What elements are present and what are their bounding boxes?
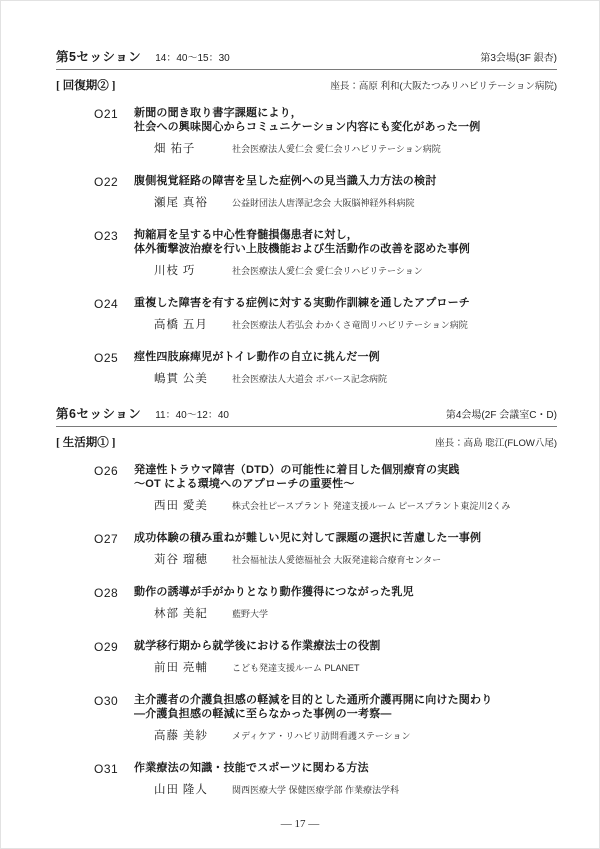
presentation-number: O28 xyxy=(94,585,134,621)
program-page: 第5セッション 14：40～15：30 第3会場(3F 銀杏) [ 回復期② ]… xyxy=(0,0,600,849)
presentation-title: 発達性トラウマ障害（DTD）の可能性に着目した個別療育の実践 ～OT による環境… xyxy=(134,463,557,491)
presenter-affiliation: こども発達支援ルーム PLANET xyxy=(232,661,360,674)
session-6-subheader: [ 生活期① ] 座長：高島 聡江(FLOW八尾) xyxy=(56,434,557,450)
presentation-item: O28 動作の誘導が手がかりとなり動作獲得につながった乳児 林部 美紀 藍野大学 xyxy=(94,585,557,621)
presenter-name: 西田 愛美 xyxy=(154,497,228,513)
presenter-name: 山田 隆人 xyxy=(154,781,228,797)
presentation-title: 成功体験の積み重ねが難しい児に対して課題の選択に苦慮した一事例 xyxy=(134,531,557,545)
session-category: [ 回復期② ] xyxy=(56,77,115,93)
presentation-title: 新聞の聞き取り書字課題により， 社会への興味関心からコミュニケーション内容にも変… xyxy=(134,106,557,134)
session-chair: 座長：高島 聡江(FLOW八尾) xyxy=(435,435,557,449)
session-venue: 第4会場(2F 会議室C・D) xyxy=(446,406,557,421)
presentation-title: 痙性四肢麻痺児がトイレ動作の自立に挑んだ一例 xyxy=(134,350,557,364)
session-5-presentation-list: O21 新聞の聞き取り書字課題により， 社会への興味関心からコミュニケーション内… xyxy=(56,106,557,386)
session-6-header: 第6セッション 11：40～12：40 第4会場(2F 会議室C・D) xyxy=(56,404,557,427)
session-5-header-left: 第5セッション 14：40～15：30 xyxy=(56,47,230,65)
presentation-author-row: 山田 隆人 関西医療大学 保健医療学部 作業療法学科 xyxy=(154,781,557,797)
presentation-body: 拘縮肩を呈する中心性脊髄損傷患者に対し， 体外衝撃波治療を行い上肢機能および生活… xyxy=(134,228,557,278)
presentation-number: O26 xyxy=(94,463,134,513)
presentation-author-row: 前田 亮輔 こども発達支援ルーム PLANET xyxy=(154,659,557,675)
presentation-author-row: 瀬尾 真裕 公益財団法人唐澤記念会 大阪脳神経外科病院 xyxy=(154,194,557,210)
presentation-title: 作業療法の知識・技能でスポーツに関わる方法 xyxy=(134,761,557,775)
presenter-name: 前田 亮輔 xyxy=(154,659,228,675)
presentation-title: 就学移行期から就学後における作業療法士の役割 xyxy=(134,639,557,653)
presentation-item: O24 重複した障害を有する症例に対する実動作訓練を通したアプローチ 高橋 五月… xyxy=(94,296,557,332)
presenter-affiliation: 社会福祉法人愛徳福祉会 大阪発達総合療育センター xyxy=(232,553,441,566)
presentation-title: 動作の誘導が手がかりとなり動作獲得につながった乳児 xyxy=(134,585,557,599)
presentation-author-row: 高藤 美紗 メディケア・リハビリ訪問看護ステーション xyxy=(154,727,557,743)
presentation-body: 腹側視覚経路の障害を呈した症例への見当識入力方法の検討 瀬尾 真裕 公益財団法人… xyxy=(134,174,557,210)
presentation-number: O25 xyxy=(94,350,134,386)
presenter-name: 林部 美紀 xyxy=(154,605,228,621)
presentation-body: 新聞の聞き取り書字課題により， 社会への興味関心からコミュニケーション内容にも変… xyxy=(134,106,557,156)
presentation-number: O31 xyxy=(94,761,134,797)
presentation-item: O21 新聞の聞き取り書字課題により， 社会への興味関心からコミュニケーション内… xyxy=(94,106,557,156)
presentation-title: 腹側視覚経路の障害を呈した症例への見当識入力方法の検討 xyxy=(134,174,557,188)
session-5-subheader: [ 回復期② ] 座長：高原 利和(大阪たつみリハビリテーション病院) xyxy=(56,77,557,93)
presenter-affiliation: 公益財団法人唐澤記念会 大阪脳神経外科病院 xyxy=(232,196,415,209)
presentation-author-row: 川枝 巧 社会医療法人愛仁会 愛仁会リハビリテーション xyxy=(154,262,557,278)
presenter-affiliation: メディケア・リハビリ訪問看護ステーション xyxy=(232,729,410,742)
presenter-name: 川枝 巧 xyxy=(154,262,228,278)
presentation-author-row: 高橋 五月 社会医療法人若弘会 わかくさ竜間リハビリテーション病院 xyxy=(154,316,557,332)
presenter-name: 高藤 美紗 xyxy=(154,727,228,743)
presentation-body: 痙性四肢麻痺児がトイレ動作の自立に挑んだ一例 嶋貫 公美 社会医療法人大道会 ボ… xyxy=(134,350,557,386)
presentation-item: O23 拘縮肩を呈する中心性脊髄損傷患者に対し， 体外衝撃波治療を行い上肢機能お… xyxy=(94,228,557,278)
presentation-author-row: 苅谷 瑠穂 社会福祉法人愛徳福祉会 大阪発達総合療育センター xyxy=(154,551,557,567)
presentation-author-row: 嶋貫 公美 社会医療法人大道会 ボバース記念病院 xyxy=(154,370,557,386)
presenter-affiliation: 株式会社ピースプラント 発達支援ルーム ピースプラント東淀川2くみ xyxy=(232,499,510,512)
session-category: [ 生活期① ] xyxy=(56,434,115,450)
presentation-number: O27 xyxy=(94,531,134,567)
presenter-name: 高橋 五月 xyxy=(154,316,228,332)
presentation-author-row: 畑 祐子 社会医療法人愛仁会 愛仁会リハビリテーション病院 xyxy=(154,140,557,156)
page-number: — 17 — xyxy=(1,818,599,830)
presentation-item: O25 痙性四肢麻痺児がトイレ動作の自立に挑んだ一例 嶋貫 公美 社会医療法人大… xyxy=(94,350,557,386)
presenter-affiliation: 社会医療法人愛仁会 愛仁会リハビリテーション xyxy=(232,264,423,277)
presentation-number: O30 xyxy=(94,693,134,743)
presentation-title: 拘縮肩を呈する中心性脊髄損傷患者に対し， 体外衝撃波治療を行い上肢機能および生活… xyxy=(134,228,557,256)
session-6-presentation-list: O26 発達性トラウマ障害（DTD）の可能性に着目した個別療育の実践 ～OT に… xyxy=(56,463,557,797)
presenter-name: 畑 祐子 xyxy=(154,140,228,156)
presentation-item: O31 作業療法の知識・技能でスポーツに関わる方法 山田 隆人 関西医療大学 保… xyxy=(94,761,557,797)
presentation-body: 成功体験の積み重ねが難しい児に対して課題の選択に苦慮した一事例 苅谷 瑠穂 社会… xyxy=(134,531,557,567)
presentation-item: O22 腹側視覚経路の障害を呈した症例への見当識入力方法の検討 瀬尾 真裕 公益… xyxy=(94,174,557,210)
presentation-body: 主介護者の介護負担感の軽減を目的とした通所介護再開に向けた関わり ―介護負担感の… xyxy=(134,693,557,743)
presentation-author-row: 西田 愛美 株式会社ピースプラント 発達支援ルーム ピースプラント東淀川2くみ xyxy=(154,497,557,513)
presenter-affiliation: 社会医療法人愛仁会 愛仁会リハビリテーション病院 xyxy=(232,142,441,155)
presentation-item: O29 就学移行期から就学後における作業療法士の役割 前田 亮輔 こども発達支援… xyxy=(94,639,557,675)
session-name: 第6セッション xyxy=(56,404,141,422)
presenter-affiliation: 藍野大学 xyxy=(232,607,268,620)
session-5-header: 第5セッション 14：40～15：30 第3会場(3F 銀杏) xyxy=(56,47,557,70)
presentation-body: 重複した障害を有する症例に対する実動作訓練を通したアプローチ 高橋 五月 社会医… xyxy=(134,296,557,332)
session-6-block: 第6セッション 11：40～12：40 第4会場(2F 会議室C・D) [ 生活… xyxy=(56,404,557,797)
presentation-body: 動作の誘導が手がかりとなり動作獲得につながった乳児 林部 美紀 藍野大学 xyxy=(134,585,557,621)
presentation-title: 重複した障害を有する症例に対する実動作訓練を通したアプローチ xyxy=(134,296,557,310)
presentation-number: O29 xyxy=(94,639,134,675)
session-name: 第5セッション xyxy=(56,47,141,65)
session-venue: 第3会場(3F 銀杏) xyxy=(480,49,557,64)
presentation-item: O30 主介護者の介護負担感の軽減を目的とした通所介護再開に向けた関わり ―介護… xyxy=(94,693,557,743)
presentation-number: O22 xyxy=(94,174,134,210)
session-chair: 座長：高原 利和(大阪たつみリハビリテーション病院) xyxy=(330,78,557,92)
session-time: 14：40～15：30 xyxy=(155,49,230,64)
presenter-affiliation: 関西医療大学 保健医療学部 作業療法学科 xyxy=(232,783,399,796)
session-5-block: 第5セッション 14：40～15：30 第3会場(3F 銀杏) [ 回復期② ]… xyxy=(56,47,557,386)
presenter-name: 瀬尾 真裕 xyxy=(154,194,228,210)
presentation-body: 作業療法の知識・技能でスポーツに関わる方法 山田 隆人 関西医療大学 保健医療学… xyxy=(134,761,557,797)
presentation-title: 主介護者の介護負担感の軽減を目的とした通所介護再開に向けた関わり ―介護負担感の… xyxy=(134,693,557,721)
presenter-name: 嶋貫 公美 xyxy=(154,370,228,386)
presentation-body: 就学移行期から就学後における作業療法士の役割 前田 亮輔 こども発達支援ルーム … xyxy=(134,639,557,675)
session-time: 11：40～12：40 xyxy=(155,406,229,421)
presenter-name: 苅谷 瑠穂 xyxy=(154,551,228,567)
presentation-item: O26 発達性トラウマ障害（DTD）の可能性に着目した個別療育の実践 ～OT に… xyxy=(94,463,557,513)
presentation-body: 発達性トラウマ障害（DTD）の可能性に着目した個別療育の実践 ～OT による環境… xyxy=(134,463,557,513)
session-6-header-left: 第6セッション 11：40～12：40 xyxy=(56,404,229,422)
presentation-number: O23 xyxy=(94,228,134,278)
presenter-affiliation: 社会医療法人大道会 ボバース記念病院 xyxy=(232,372,387,385)
presenter-affiliation: 社会医療法人若弘会 わかくさ竜間リハビリテーション病院 xyxy=(232,318,468,331)
presentation-author-row: 林部 美紀 藍野大学 xyxy=(154,605,557,621)
presentation-number: O21 xyxy=(94,106,134,156)
presentation-number: O24 xyxy=(94,296,134,332)
presentation-item: O27 成功体験の積み重ねが難しい児に対して課題の選択に苦慮した一事例 苅谷 瑠… xyxy=(94,531,557,567)
